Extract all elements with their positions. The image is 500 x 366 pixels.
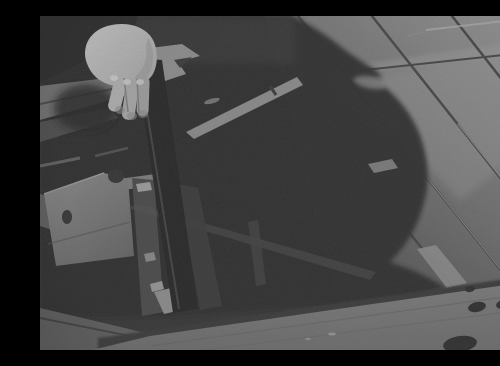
photo-canvas — [40, 16, 500, 350]
photograph — [40, 16, 500, 350]
grain-dark — [40, 16, 500, 350]
